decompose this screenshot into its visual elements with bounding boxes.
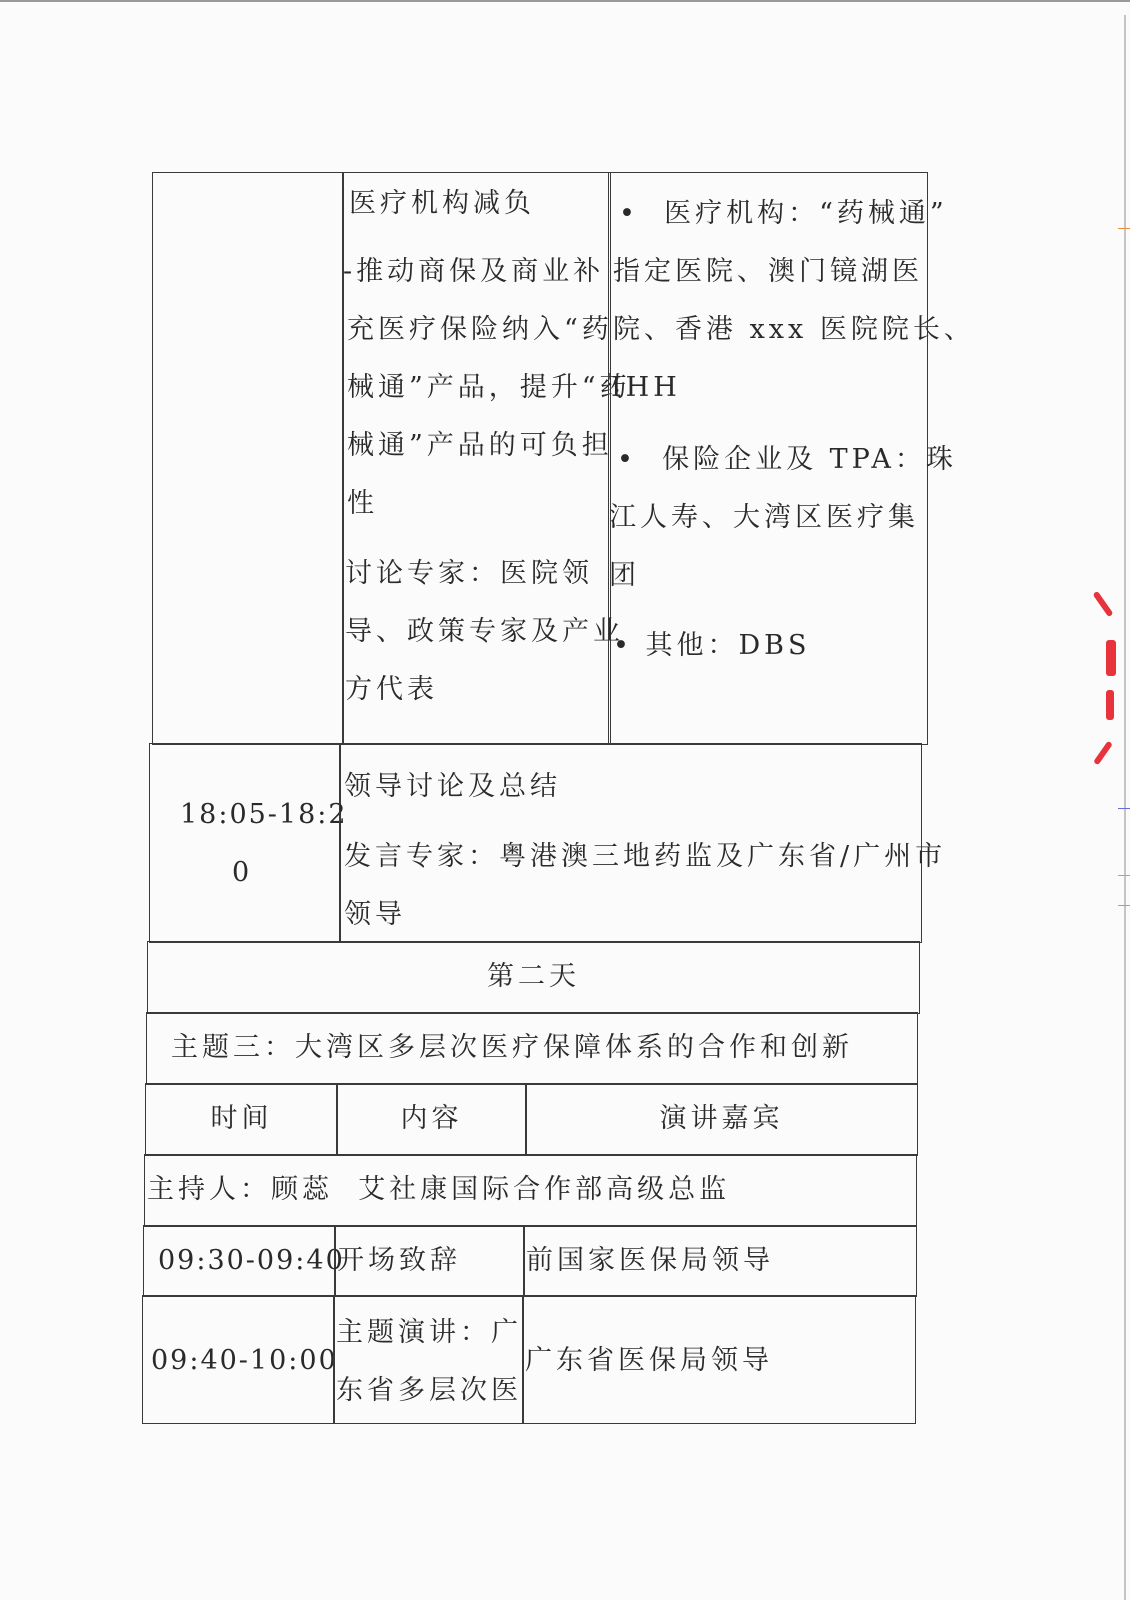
content-line: 械通”产品的可负担: [347, 417, 613, 476]
day-header: 第二天: [147, 941, 920, 1014]
scan-edge-mark: [1118, 875, 1130, 876]
day-label: 第二天: [148, 948, 919, 1007]
time-cell: 18:05-18:2 0: [149, 743, 341, 943]
speaker-line: IHH: [611, 359, 681, 418]
header-time: 时间: [145, 1083, 338, 1156]
content-cell: 开场致辞: [334, 1225, 525, 1297]
host-text: 主持人：顾蕊 艾社康国际合作部高级总监: [147, 1161, 730, 1220]
content-line: 领导讨论及总结: [344, 758, 561, 817]
content-text: 开场致辞: [337, 1232, 461, 1291]
content-cell: 主题演讲：广 东省多层次医: [333, 1295, 524, 1424]
content-line: 东省多层次医: [336, 1362, 522, 1421]
content-line: -推动商保及商业补: [343, 243, 604, 302]
scan-edge-mark: [1118, 808, 1130, 809]
speaker-line: 江人寿、大湾区医疗集: [609, 489, 919, 548]
speaker-line: 团: [609, 547, 640, 606]
time-cell-empty: [152, 172, 344, 745]
host-row: 主持人：顾蕊 艾社康国际合作部高级总监: [144, 1154, 917, 1227]
theme-header: 主题三：大湾区多层次医疗保障体系的合作和创新: [146, 1012, 918, 1085]
red-stamp-fragment: [1100, 590, 1124, 780]
content-line: 充医疗保险纳入“药: [347, 301, 613, 360]
header-content: 内容: [336, 1083, 527, 1156]
time-text: 18:05-18:2: [180, 786, 348, 845]
content-line: 械通”产品，提升“药: [347, 359, 631, 418]
speaker-line: 院、香港 xxx 医院院长、: [613, 301, 975, 360]
time-cell: 09:40-10:00: [142, 1295, 335, 1424]
header-content-label: 内容: [337, 1090, 526, 1149]
speaker-cell: 前国家医保局领导: [523, 1225, 917, 1297]
content-line: 导、政策专家及产业: [345, 603, 624, 662]
speaker-line: • 保险企业及 TPA：珠: [617, 431, 957, 490]
content-cell: 医疗机构减负 -推动商保及商业补 充医疗保险纳入“药 械通”产品，提升“药 械通…: [342, 172, 611, 745]
scan-edge-mark: [1118, 228, 1130, 229]
content-line: 方代表: [345, 661, 438, 720]
speaker-text: 前国家医保局领导: [526, 1232, 774, 1291]
speaker-line: • 医疗机构：“药械通”: [619, 185, 948, 244]
time-text: 0: [232, 844, 253, 903]
content-line: 发言专家：粤港澳三地药监及广东省/广州市: [344, 828, 946, 887]
theme-title: 主题三：大湾区多层次医疗保障体系的合作和创新: [147, 1019, 877, 1078]
time-text: 09:40-10:00: [151, 1332, 338, 1391]
header-time-label: 时间: [146, 1090, 337, 1149]
speaker-cell: 广东省医保局领导: [522, 1295, 916, 1424]
content-line: 性: [347, 475, 378, 534]
content-line: 领导: [344, 886, 406, 945]
time-text: 09:30-09:40: [158, 1232, 345, 1291]
scan-edge-mark: [1118, 905, 1130, 906]
header-speaker-label: 演讲嘉宾: [526, 1090, 917, 1149]
speaker-text: 广东省医保局领导: [525, 1332, 773, 1391]
time-cell: 09:30-09:40: [143, 1225, 336, 1297]
speaker-cell: • 医疗机构：“药械通” 指定医院、澳门镜湖医 院、香港 xxx 医院院长、 I…: [608, 172, 928, 745]
content-line: 主题演讲：广: [336, 1304, 522, 1363]
content-line: 讨论专家：医院领: [345, 545, 593, 604]
content-line: 医疗机构减负: [349, 175, 535, 234]
speaker-line: • 其他：DBS: [613, 617, 811, 676]
scan-top-edge: [0, 0, 1130, 2]
speaker-line: 指定医院、澳门镜湖医: [613, 243, 923, 302]
header-speaker: 演讲嘉宾: [525, 1083, 918, 1156]
content-cell: 领导讨论及总结 发言专家：粤港澳三地药监及广东省/广州市 领导: [339, 743, 922, 943]
